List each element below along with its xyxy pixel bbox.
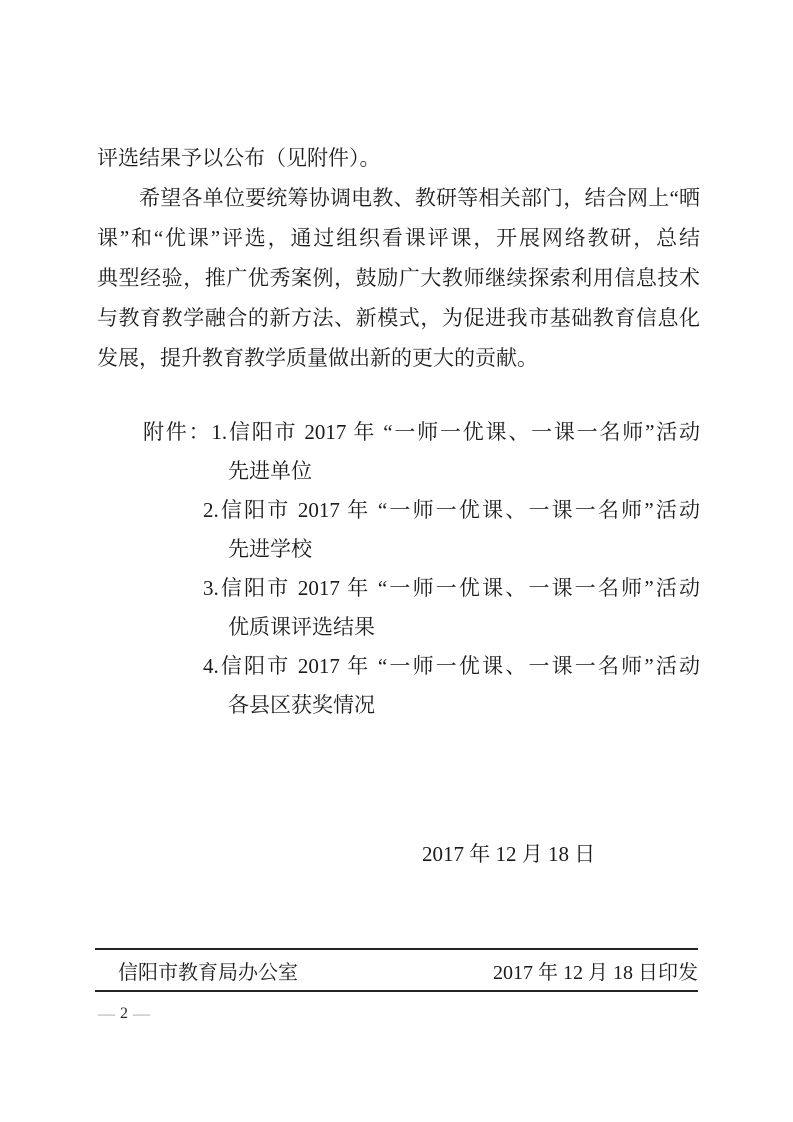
attachment-item-2-subtitle: 先进学校: [228, 530, 700, 569]
footer-print-date: 2017 年 12 月 18 日印发: [493, 956, 698, 985]
attachment-item-4-title-line: 4.信阳市 2017 年 “一师一优课、一课一名师”活动: [203, 647, 700, 686]
paragraph-line: 发展，提升教育教学质量做出新的更大的贡献。: [97, 338, 700, 378]
attachment-item-2-title-line: 2.信阳市 2017 年 “一师一优课、一课一名师”活动: [203, 491, 700, 530]
footer-bottom-rule: [95, 990, 698, 992]
paragraph-line: 课”和“优课”评选，通过组织看课评课，开展网络教研，总结: [97, 218, 700, 258]
footer-colophon-row: 信阳市教育局办公室 2017 年 12 月 18 日印发: [95, 950, 698, 990]
paragraph-line: 评选结果予以公布（见附件）。: [97, 138, 700, 178]
attachment-item-1-title-line: 附件：1.信阳市 2017 年 “一师一优课、一课一名师”活动: [143, 413, 700, 452]
attachment-item-1-subtitle: 先进单位: [228, 452, 700, 491]
attachment-item-4-subtitle: 各县区获奖情况: [228, 686, 700, 725]
attachment-label: 附件：: [143, 420, 211, 444]
attachment-item-3-title-line: 3.信阳市 2017 年 “一师一优课、一课一名师”活动: [203, 569, 700, 608]
page-number: — 2 —: [98, 1004, 150, 1024]
page-number-dash-right: —: [133, 1004, 150, 1024]
attachment-item-title: 1.信阳市 2017 年 “一师一优课、一课一名师”活动: [211, 420, 700, 444]
paragraph-line: 典型经验，推广优秀案例，鼓励广大教师继续探索利用信息技术: [97, 258, 700, 298]
paragraph-line: 希望各单位要统筹协调电教、教研等相关部门，结合网上“晒: [97, 178, 700, 218]
paragraph-line: 与教育教学融合的新方法、新模式，为促进我市基础教育信息化: [97, 298, 700, 338]
attachment-list: 附件：1.信阳市 2017 年 “一师一优课、一课一名师”活动 先进单位 2.信…: [97, 413, 700, 725]
page-number-dash-left: —: [98, 1004, 115, 1024]
issue-date: 2017 年 12 月 18 日: [422, 842, 595, 866]
page-number-value: 2: [120, 1004, 128, 1024]
document-page: 评选结果予以公布（见附件）。 希望各单位要统筹协调电教、教研等相关部门，结合网上…: [0, 0, 793, 1122]
main-text-section: 评选结果予以公布（见附件）。 希望各单位要统筹协调电教、教研等相关部门，结合网上…: [97, 138, 700, 378]
footer-office-name: 信阳市教育局办公室: [118, 956, 298, 985]
attachment-item-3-subtitle: 优质课评选结果: [228, 608, 700, 647]
